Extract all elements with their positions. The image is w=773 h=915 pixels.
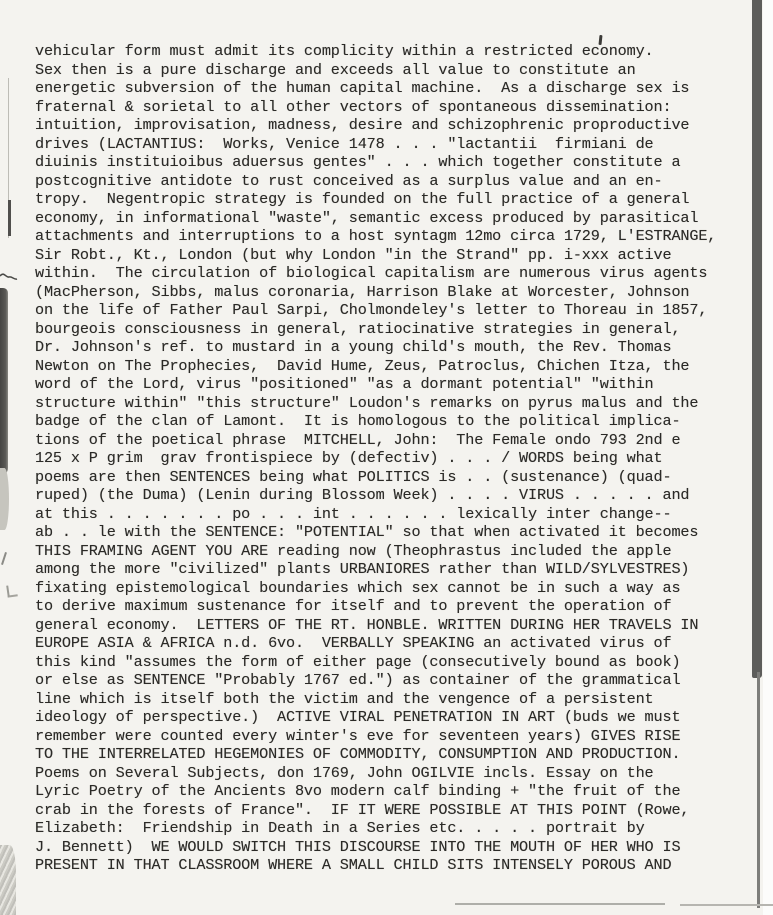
text-line: fraternal & sorietal to all other vector… xyxy=(35,98,757,117)
text-line: fixating epistemological boundaries whic… xyxy=(35,579,757,598)
text-line: tropy. Negentropic strategy is founded o… xyxy=(35,190,757,209)
text-line: badge of the clan of Lamont. It is homol… xyxy=(35,412,757,431)
text-line: word of the Lord, virus "positioned" "as… xyxy=(35,375,757,394)
text-line: at this . . . . . . . po . . . int . . .… xyxy=(35,505,757,524)
text-line: crab in the forests of France". IF IT WE… xyxy=(35,801,757,820)
typewritten-text-block: vehicular form must admit its complicity… xyxy=(35,42,757,875)
text-line: vehicular form must admit its complicity… xyxy=(35,42,757,61)
scan-margin-smudge xyxy=(0,468,9,530)
text-line: remember were counted every winter's eve… xyxy=(35,727,757,746)
scan-margin-dark-dash xyxy=(8,200,11,236)
text-line: ideology of perspective.) ACTIVE VIRAL P… xyxy=(35,708,757,727)
text-line: TO THE INTERRELATED HEGEMONIES OF COMMOD… xyxy=(35,745,757,764)
text-line: THIS FRAMING AGENT YOU ARE reading now (… xyxy=(35,542,757,561)
text-line: bourgeois consciousness in general, rati… xyxy=(35,320,757,339)
text-line: this kind "assumes the form of either pa… xyxy=(35,653,757,672)
text-line: general economy. LETTERS OF THE RT. HONB… xyxy=(35,616,757,635)
text-line: among the more "civilized" plants URBANI… xyxy=(35,560,757,579)
text-line: Lyric Poetry of the Ancients 8vo modern … xyxy=(35,782,757,801)
text-line: Sir Robt., Kt., London (but why London "… xyxy=(35,246,757,265)
text-line: diuinis instituioibus aduersus gentes" .… xyxy=(35,153,757,172)
text-line: tions of the poetical phrase MITCHELL, J… xyxy=(35,431,757,450)
text-line: energetic subversion of the human capita… xyxy=(35,79,757,98)
margin-tick-mark xyxy=(1,552,7,565)
text-line: ruped) (the Duma) (Lenin during Blossom … xyxy=(35,486,757,505)
scan-edge-white-strip xyxy=(763,0,773,915)
text-line: (MacPherson, Sibbs, malus coronaria, Har… xyxy=(35,283,757,302)
margin-pen-hook-mark xyxy=(0,268,18,289)
scan-edge-shadow-band xyxy=(752,0,762,678)
text-line: EUROPE ASIA & AFRICA n.d. 6vo. VERBALLY … xyxy=(35,634,757,653)
text-line: intuition, improvisation, madness, desir… xyxy=(35,116,757,135)
text-line: poems are then SENTENCES being what POLI… xyxy=(35,468,757,487)
text-line: Poems on Several Subjects, don 1769, Joh… xyxy=(35,764,757,783)
text-line: Newton on The Prophecies, David Hume, Ze… xyxy=(35,357,757,376)
text-line: within. The circulation of biological ca… xyxy=(35,264,757,283)
scan-corner-smudge xyxy=(0,845,16,915)
scanned-document-page: vehicular form must admit its complicity… xyxy=(0,0,773,915)
text-line: Sex then is a pure discharge and exceeds… xyxy=(35,61,757,80)
text-line: postcognitive antidote to rust conceived… xyxy=(35,172,757,191)
text-line: or else as SENTENCE "Probably 1767 ed.")… xyxy=(35,671,757,690)
text-line: PRESENT IN THAT CLASSROOM WHERE A SMALL … xyxy=(35,856,757,875)
scan-bottom-edge-line xyxy=(680,904,773,906)
text-line: Dr. Johnson's ref. to mustard in a young… xyxy=(35,338,757,357)
text-line: on the life of Father Paul Sarpi, Cholmo… xyxy=(35,301,757,320)
margin-angle-mark xyxy=(6,584,18,597)
text-line: ab . . le with the SENTENCE: "POTENTIAL"… xyxy=(35,523,757,542)
scan-edge-thin-line xyxy=(757,672,760,908)
text-line: 125 x P grim grav frontispiece by (defec… xyxy=(35,449,757,468)
text-line: economy, in informational "waste", seman… xyxy=(35,209,757,228)
text-line: structure within" "this structure" Loudo… xyxy=(35,394,757,413)
text-line: drives (LACTANTIUS: Works, Venice 1478 .… xyxy=(35,135,757,154)
text-line: line which is itself both the victim and… xyxy=(35,690,757,709)
text-line: Elizabeth: Friendship in Death in a Seri… xyxy=(35,819,757,838)
scan-margin-ink-streak xyxy=(0,288,8,476)
text-line: attachments and interruptions to a host … xyxy=(35,227,757,246)
text-line: J. Bennett) WE WOULD SWITCH THIS DISCOUR… xyxy=(35,838,757,857)
text-line: to derive maximum sustenance for itself … xyxy=(35,597,757,616)
scan-bottom-edge-line xyxy=(455,903,665,905)
